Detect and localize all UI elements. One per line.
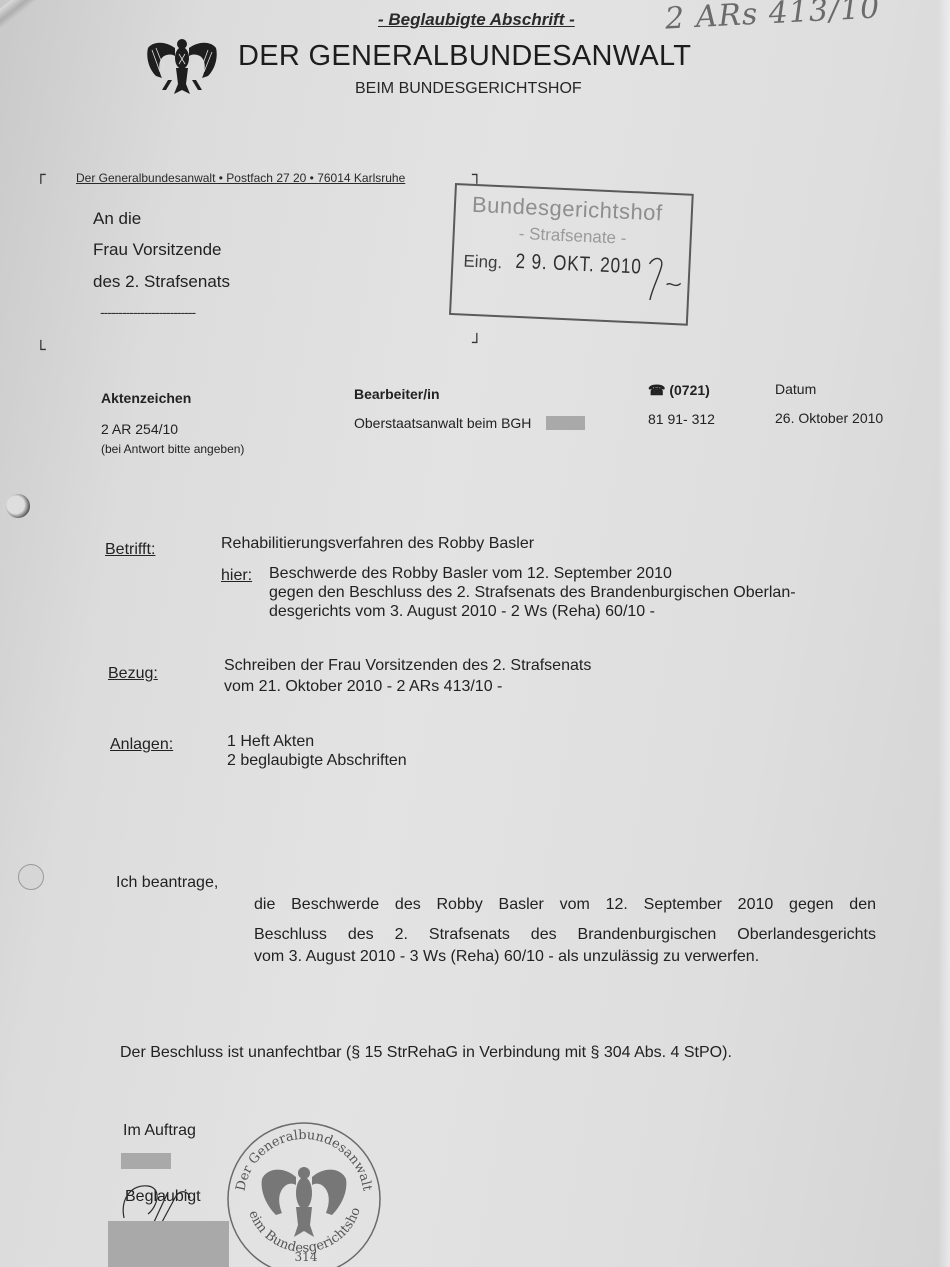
file-reference-value: 2 AR 254/10 bbox=[101, 421, 178, 437]
recipient-line-3: des 2. Strafsenats bbox=[93, 272, 230, 292]
clerk-label: Bearbeiter/in bbox=[354, 386, 440, 402]
date-value: 26. Oktober 2010 bbox=[775, 410, 883, 426]
stamp-court: Bundesgerichtshof bbox=[471, 192, 663, 227]
final-note: Der Beschluss ist unanfechtbar (§ 15 Str… bbox=[120, 1044, 732, 1062]
organization-title: DER GENERALBUNDESANWALT bbox=[238, 40, 691, 73]
recipient-line-1: An die bbox=[93, 209, 141, 229]
file-reference-label: Aktenzeichen bbox=[101, 390, 191, 406]
subject-here-line-3: desgerichts vom 3. August 2010 - 2 Ws (R… bbox=[269, 602, 655, 621]
on-behalf-label: Im Auftrag bbox=[123, 1122, 196, 1140]
motion-line-1: die Beschwerde des Robby Basler vom 12. … bbox=[254, 890, 876, 920]
motion-line-3: vom 3. August 2010 - 3 Ws (Reha) 60/10 -… bbox=[254, 948, 759, 966]
punch-hole-bottom bbox=[18, 864, 44, 890]
file-reference-note: (bei Antwort bitte angeben) bbox=[101, 442, 244, 456]
motion-opening: Ich beantrage, bbox=[116, 874, 218, 892]
reference-line-1: Schreiben der Frau Vorsitzenden des 2. S… bbox=[224, 656, 591, 675]
attachment-1: 1 Heft Akten bbox=[227, 732, 314, 751]
seal-eagle-icon bbox=[262, 1167, 347, 1237]
reference-label: Bezug: bbox=[108, 665, 158, 683]
sender-return-address: Der Generalbundesanwalt • Postfach 27 20… bbox=[76, 171, 405, 185]
handwritten-mark bbox=[644, 254, 686, 306]
stamp-department: - Strafsenate - bbox=[518, 224, 627, 249]
address-corner-bottom-right: ┘ bbox=[472, 333, 482, 352]
handwritten-file-reference: 2 ARs 413/10 bbox=[664, 0, 881, 37]
redacted-certifier bbox=[108, 1221, 229, 1267]
page-edge bbox=[938, 0, 950, 1267]
attachments-label: Anlagen: bbox=[110, 736, 173, 754]
clerk-value: Oberstaatsanwalt beim BGH bbox=[354, 415, 531, 431]
federal-eagle-icon bbox=[142, 34, 222, 100]
subject-main: Rehabilitierungsverfahren des Robby Basl… bbox=[221, 534, 534, 553]
stamp-received-prefix: Eing. bbox=[463, 251, 503, 273]
address-corner-bottom-left: └ bbox=[36, 340, 46, 359]
seal-number: 314 bbox=[295, 1250, 318, 1264]
paper-fold-shadow bbox=[0, 0, 159, 53]
subject-here-line-2: gegen den Beschluss des 2. Strafsenats d… bbox=[269, 583, 796, 602]
received-stamp: Bundesgerichtshof - Strafsenate - Eing. … bbox=[449, 183, 694, 326]
recipient-line-2: Frau Vorsitzende bbox=[93, 240, 222, 260]
subject-here-label: hier: bbox=[221, 566, 252, 585]
reference-line-2: vom 21. Oktober 2010 - 2 ARs 413/10 - bbox=[224, 677, 502, 696]
phone-value: 81 91- 312 bbox=[648, 411, 715, 427]
motion-line-2: Beschluss des 2. Strafsenats des Branden… bbox=[254, 920, 876, 950]
attachment-2: 2 beglaubigte Abschriften bbox=[227, 751, 407, 770]
stamp-received-date: 2 9. OKT. 2010 bbox=[515, 250, 642, 280]
punch-hole-top bbox=[6, 494, 30, 518]
address-corner-top-right: ┐ bbox=[472, 165, 482, 184]
date-label: Datum bbox=[775, 381, 816, 397]
redacted-signatory bbox=[121, 1153, 171, 1169]
subject-label: Betrifft: bbox=[105, 541, 155, 559]
certified-copy-marker: - Beglaubigte Abschrift - bbox=[378, 10, 575, 30]
subject-here-line-1: Beschwerde des Robby Basler vom 12. Sept… bbox=[269, 564, 672, 583]
organization-subtitle: BEIM BUNDESGERICHTSHOF bbox=[355, 80, 582, 98]
phone-label: ☎ (0721) bbox=[648, 382, 710, 399]
recipient-separator: -------------------------- bbox=[100, 304, 195, 320]
official-seal: Der Generalbundesanwalt beim Bundesgeric… bbox=[222, 1113, 384, 1267]
address-corner-top-left: ┌ bbox=[36, 165, 46, 184]
redacted-name bbox=[546, 416, 585, 430]
